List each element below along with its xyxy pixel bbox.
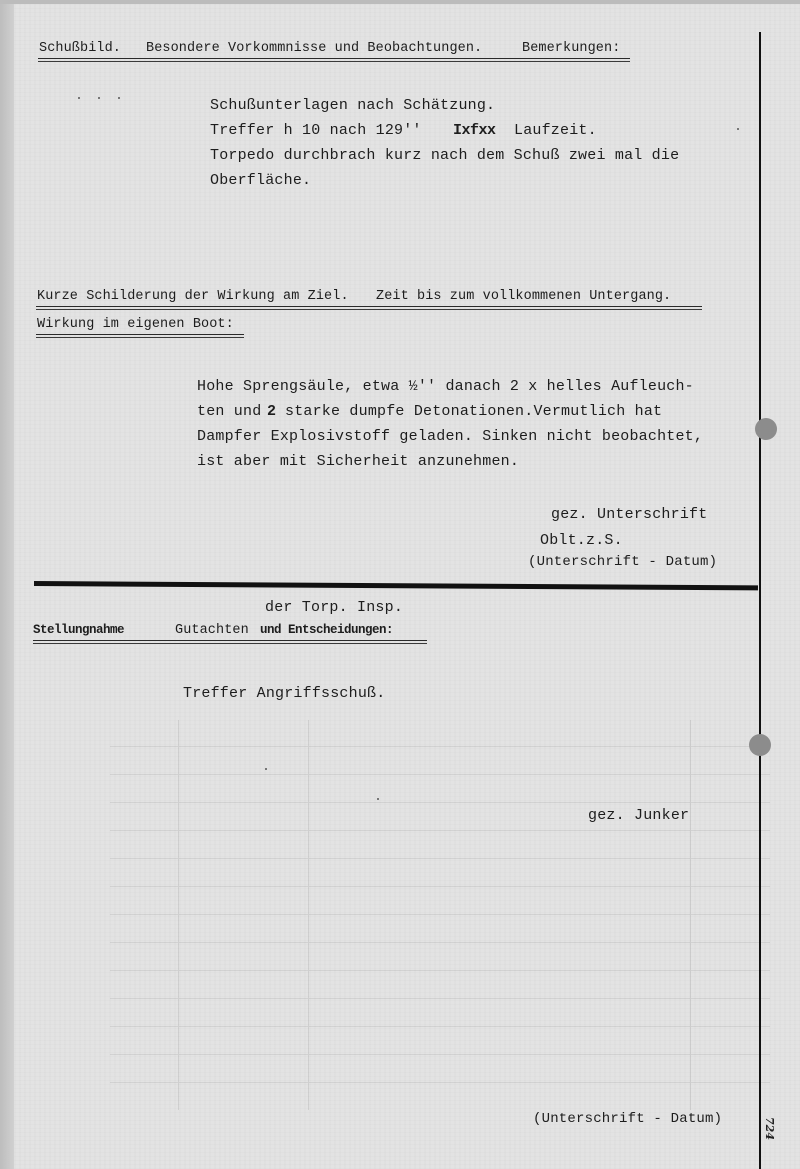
- body-line: Laufzeit.: [514, 122, 597, 139]
- authority-label: der Torp. Insp.: [265, 599, 403, 616]
- signature: gez. Unterschrift: [551, 506, 707, 523]
- heading-underline: [33, 640, 427, 644]
- heading-vorkommnisse: Besondere Vorkommnisse und Beobachtungen…: [146, 41, 482, 56]
- heading-schussbild: Schußbild.: [39, 41, 121, 56]
- scan-top-edge: [0, 0, 800, 4]
- body-line: starke dumpfe Detonationen.Vermutlich ha…: [285, 403, 662, 420]
- heading-eigenes-boot: Wirkung im eigenen Boot:: [37, 317, 234, 332]
- bleed-through-table: [110, 720, 770, 1110]
- punch-hole-lower: [749, 734, 771, 756]
- speck: [118, 97, 120, 99]
- body-line: Torpedo durchbrach kurz nach dem Schuß z…: [210, 147, 679, 164]
- heading-underline: [38, 58, 630, 62]
- body-line: Oberfläche.: [210, 172, 311, 189]
- assessment-text: Treffer Angriffsschuß.: [183, 685, 385, 702]
- heading-wirkung-am-ziel: Kurze Schilderung der Wirkung am Ziel.: [37, 289, 349, 304]
- struck-out-text: Ixfxx: [453, 122, 496, 139]
- overtyped-numeral: 2: [267, 403, 276, 420]
- right-margin-rule: [759, 32, 761, 1169]
- body-line: Schußunterlagen nach Schätzung.: [210, 97, 495, 114]
- inspector-signature: gez. Junker: [588, 807, 689, 824]
- speck: [377, 798, 379, 800]
- signature-caption: (Unterschrift - Datum): [528, 554, 717, 570]
- speck: [78, 97, 80, 99]
- heading-untergang: Zeit bis zum vollkommenen Untergang.: [376, 289, 671, 304]
- body-line: ten und: [197, 403, 261, 420]
- heading-gutachten: Gutachten: [175, 623, 249, 638]
- heading-underline: [36, 306, 702, 310]
- body-line: Dampfer Explosivstoff geladen. Sinken ni…: [197, 428, 703, 445]
- body-line: ist aber mit Sicherheit anzunehmen.: [197, 453, 519, 470]
- marginal-page-mark: 724: [763, 1117, 776, 1140]
- speck: [98, 97, 100, 99]
- heading-bemerkungen: Bemerkungen:: [522, 41, 620, 56]
- body-line: Treffer h 10 nach 129'': [210, 122, 422, 139]
- body-line: Hohe Sprengsäule, etwa ½'' danach 2 x he…: [197, 378, 694, 395]
- signature-caption: (Unterschrift - Datum): [533, 1111, 722, 1127]
- speck: [737, 128, 739, 130]
- rank: Oblt.z.S.: [540, 532, 623, 549]
- struck-out-text: und Entscheidungen:: [260, 623, 393, 637]
- heading-underline: [36, 334, 244, 338]
- speck: [265, 768, 267, 770]
- struck-out-text: Stellungnahme: [33, 623, 124, 637]
- punch-hole-upper: [755, 418, 777, 440]
